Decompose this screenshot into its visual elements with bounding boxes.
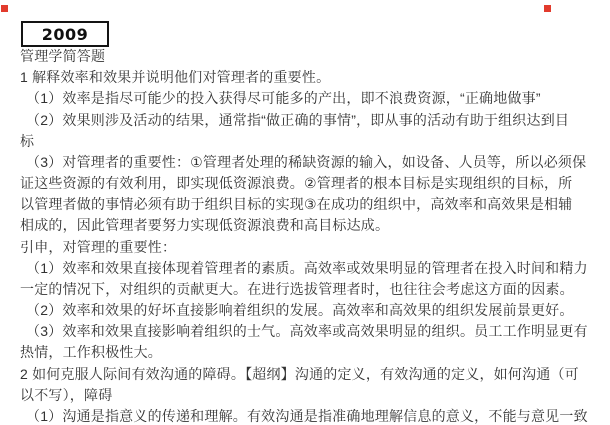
text-line: 2 如何克服人际间有效沟通的障碍。【超纲】沟通的定义，有效沟通的定义，如何沟通（… bbox=[20, 364, 606, 385]
text-line: （3）对管理者的重要性：①管理者处理的稀缺资源的输入，如设备、人员等，所以必须保 bbox=[20, 152, 606, 173]
year-heading-box: 2009 bbox=[21, 21, 109, 47]
text-line: （2）效果则涉及活动的结果，通常指“做正确的事情”，即从事的活动有助于组织达到目 bbox=[20, 110, 606, 131]
text-line: （1）效率是指尽可能少的投入获得尽可能多的产出，即不浪费资源，“正确地做事” bbox=[20, 88, 606, 109]
text-line: （1）沟通是指意义的传递和理解。有效沟通是指准确地理解信息的意义，不能与意见一致 bbox=[20, 406, 606, 425]
text-line: 以管理者做的事情必须有助于组织目标的实现③在成功的组织中，高效率和高效果是相辅 bbox=[20, 194, 606, 215]
text-line: 证这些资源的有效利用，即实现低资源浪费。②管理者的根本目标是实现组织的目标，所 bbox=[20, 173, 606, 194]
text-line: （2）效率和效果的好坏直接影响着组织的发展。高效率和高效果的组织发展前景更好。 bbox=[20, 300, 606, 321]
red-corner-mark-left bbox=[1, 5, 8, 12]
text-line: 热情，工作积极性大。 bbox=[20, 342, 606, 363]
text-line: 标 bbox=[20, 131, 606, 152]
text-line: （1）效率和效果直接体现着管理者的素质。高效率或效果明显的管理者在投入时间和精力 bbox=[20, 258, 606, 279]
text-line: 一定的情况下，对组织的贡献更大。在进行选拔管理者时，也往往会考虑这方面的因素。 bbox=[20, 279, 606, 300]
text-line: 管理学简答题 bbox=[20, 46, 606, 67]
text-line: 引申，对管理的重要性： bbox=[20, 237, 606, 258]
text-line: 以不写），障碍 bbox=[20, 385, 606, 406]
red-corner-mark-right bbox=[544, 5, 551, 12]
year-label: 2009 bbox=[42, 25, 89, 44]
text-line: 1 解释效率和效果并说明他们对管理者的重要性。 bbox=[20, 67, 606, 88]
document-body: 管理学简答题1 解释效率和效果并说明他们对管理者的重要性。（1）效率是指尽可能少… bbox=[20, 46, 606, 425]
text-line: （3）效率和效果直接影响着组织的士气。高效率或高效果明显的组织。员工工作明显更有 bbox=[20, 321, 606, 342]
text-line: 相成的，因此管理者要努力实现低资源浪费和高目标达成。 bbox=[20, 215, 606, 236]
